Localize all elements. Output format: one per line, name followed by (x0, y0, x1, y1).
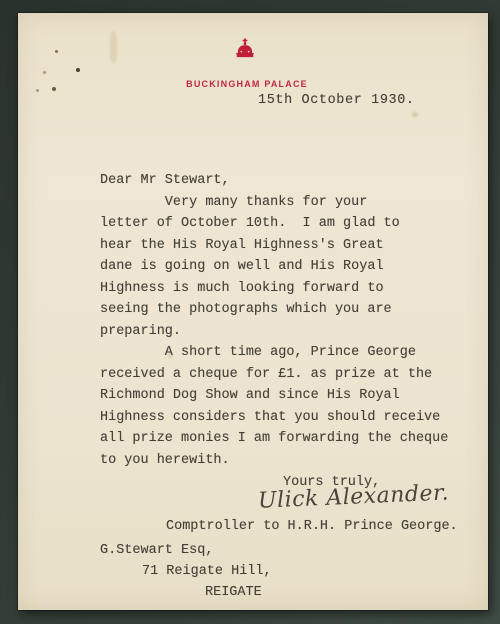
foxing-stain (55, 50, 58, 53)
body-line: hear the His Royal Highness's Great (100, 235, 448, 257)
body-line: Richmond Dog Show and since His Royal (100, 385, 448, 407)
foxing-stain (43, 71, 46, 74)
signature-title: Comptroller to H.R.H. Prince George. (166, 519, 458, 534)
salutation: Dear Mr Stewart, (100, 170, 448, 192)
body-line: A short time ago, Prince George (100, 342, 448, 364)
age-smudge (412, 112, 418, 117)
recipient-address-line2: REIGATE (205, 585, 262, 600)
foxing-stain (36, 89, 39, 92)
body-line: Very many thanks for your (100, 192, 448, 214)
letter-body: Dear Mr Stewart, Very many thanks for yo… (100, 170, 448, 471)
body-line: seeing the photographs which you are (100, 299, 448, 321)
body-line: dane is going on well and His Royal (100, 256, 448, 278)
body-line: all prize monies I am forwarding the che… (100, 428, 448, 450)
crown-icon (234, 38, 256, 60)
letter-paper: BUCKINGHAM PALACE 15th October 1930. Dea… (18, 13, 488, 610)
body-line: Highness considers that you should recei… (100, 407, 448, 429)
age-smudge (110, 31, 117, 63)
recipient-name: G.Stewart Esq, (100, 543, 213, 558)
letterhead-title: BUCKINGHAM PALACE (167, 79, 327, 89)
letter-date: 15th October 1930. (258, 93, 415, 108)
foxing-stain (52, 87, 56, 91)
body-line: to you herewith. (100, 450, 448, 472)
recipient-address-line1: 71 Reigate Hill, (142, 564, 272, 579)
body-line: letter of October 10th. I am glad to (100, 213, 448, 235)
foxing-stain (76, 68, 80, 72)
body-line: Highness is much looking forward to (100, 278, 448, 300)
body-line: preparing. (100, 321, 448, 343)
body-line: received a cheque for £1. as prize at th… (100, 364, 448, 386)
